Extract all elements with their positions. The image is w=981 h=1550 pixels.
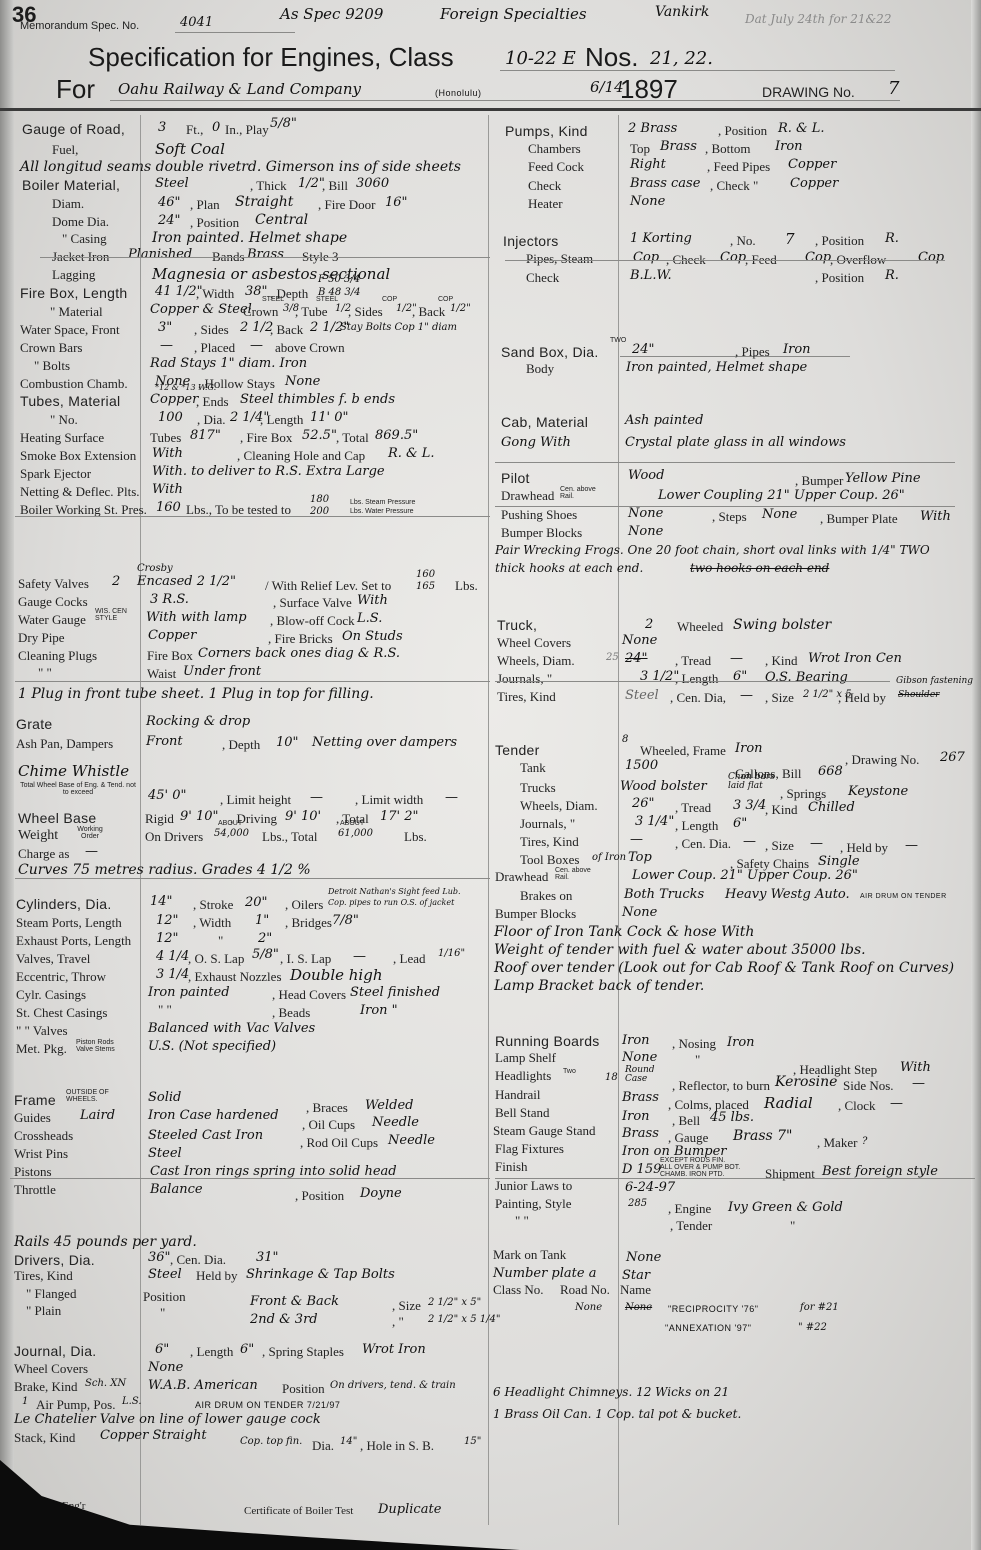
sand-box-value: 24"	[632, 342, 655, 357]
ash-depth-value: 10"	[276, 735, 299, 750]
grate-value: Rocking & drop	[146, 714, 250, 729]
truck-wheel-covers-label: Wheel Covers	[497, 635, 571, 651]
water-pressure-label: Lbs. Water Pressure	[350, 508, 414, 515]
relief-lever-label: / With Relief Lev. Set to	[265, 578, 391, 594]
limit-width-value: —	[445, 790, 458, 805]
bands-value: Brass	[247, 247, 284, 262]
tender-trucks-value: Wood bolster	[620, 779, 707, 794]
firebox-depth-front: F 50 3/4	[318, 274, 360, 285]
chambers-bottom-label: , Bottom	[705, 141, 751, 157]
road-no-label: Road No.	[560, 1282, 610, 1298]
bumper-label: , Bumper	[795, 473, 843, 489]
stack-kind-value: Copper Straight	[100, 1428, 207, 1443]
throttle-label: Throttle	[14, 1182, 56, 1198]
steps-label: , Steps	[712, 509, 747, 525]
braces-value: Welded	[365, 1098, 414, 1113]
steam-ports-label: Steam Ports, Length	[16, 915, 122, 931]
tires-held-value: Shrinkage & Tap Bolts	[246, 1267, 395, 1282]
painting-style-label: Painting, Style	[495, 1196, 572, 1212]
truck-wheels-label: Wheels, Diam.	[497, 653, 575, 669]
page-edge-right	[971, 0, 981, 1550]
tender-bumper-blocks-label: Bumper Blocks	[495, 906, 576, 922]
st-chest-valves-label: " " Valves	[16, 1023, 68, 1039]
drivers-wheel-covers-label: Wheel Covers	[14, 1361, 88, 1377]
engine-name-21-note: for #21	[800, 1302, 839, 1313]
bell-stand-value: Iron	[622, 1109, 650, 1124]
tender-drawhead-label: Drawhead	[495, 869, 548, 885]
lamp-shelf-ditto: "	[695, 1052, 700, 1068]
roof-note: Roof over tender (Look out for Cab Roof …	[494, 960, 954, 976]
feed-cock-value: Right	[630, 157, 666, 172]
journal-dia-value: 6"	[155, 1342, 169, 1357]
is-lap-value: —	[353, 949, 366, 964]
air-pump-label: Air Pump, Pos.	[36, 1397, 115, 1413]
tender-trucks-label: Trucks	[520, 780, 556, 796]
exhaust-ports-width: 2"	[258, 931, 272, 946]
finish-value: D 159	[622, 1162, 661, 1177]
diam-label: Diam.	[52, 196, 84, 212]
cylr-casings-label: Cylr. Casings	[16, 987, 86, 1003]
air-pump-position: L.S.	[122, 1396, 142, 1407]
check-ditto-label: , Check "	[710, 178, 758, 194]
weight-total-value: 61,000	[338, 828, 373, 839]
bell-label: , Bell	[672, 1113, 700, 1129]
safety-valves-count: 2	[112, 574, 120, 589]
heating-total-label: , Total	[336, 430, 369, 446]
bell-value: 45 lbs.	[710, 1110, 754, 1125]
bolts-value: Rad Stays 1" diam. Iron	[150, 356, 307, 371]
cab-material-label: Cab, Material	[501, 414, 588, 430]
crown-bars-label: Crown Bars	[20, 340, 82, 356]
stroke-value: 20"	[245, 895, 268, 910]
nos-label: Nos.	[585, 42, 638, 73]
floor-iron-note: Floor of Iron Tank Cock & hose With	[494, 924, 754, 940]
tender-cen-dia-label: , Cen. Dia.	[675, 836, 731, 852]
water-space-label: Water Space, Front	[20, 322, 120, 338]
wrecking-frogs-note: Pair Wrecking Frogs. One 20 foot chain, …	[495, 543, 930, 557]
side-nos-value: —	[912, 1076, 925, 1091]
tender-journals-value: 3 1/4"	[635, 814, 674, 829]
chambers-top-value: Brass	[660, 139, 697, 154]
boiler-material-label: Boiler Material,	[22, 177, 120, 193]
fire-bricks-value: On Studs	[342, 629, 403, 644]
headlights-label: Headlights	[495, 1068, 551, 1084]
throttle-position-value: Doyne	[360, 1186, 402, 1201]
tender-drawing-label: , Drawing No.	[845, 752, 919, 768]
steps-value: None	[762, 507, 797, 522]
shipment-label: Shipment	[765, 1166, 815, 1182]
casing-label: " Casing	[62, 231, 107, 247]
road-no-value: None	[575, 1302, 602, 1313]
gauge-ft-value: 3	[158, 120, 166, 135]
valves-travel-value: 4 1/4	[156, 949, 189, 964]
plain-size-ditto: , "	[392, 1314, 404, 1330]
injector-no-value: 7	[785, 230, 795, 248]
above-crown-label: above Crown	[275, 340, 345, 356]
weight-label: Weight	[18, 828, 58, 844]
tender-drawhead-note: Cen. above Rail.	[555, 867, 605, 881]
pistons-rule	[10, 1178, 490, 1179]
mark-on-tank-label: Mark on Tank	[493, 1247, 566, 1263]
crossheads-value: Steeled Cast Iron	[148, 1128, 263, 1143]
total-wheelbase-value: 45' 0"	[148, 788, 187, 803]
steam-ports-width-label: , Width	[193, 915, 231, 931]
st-chest-casings-label: St. Chest Casings	[16, 1005, 107, 1021]
tubes-gauge-note: *12 & *13 W.G.	[155, 383, 216, 392]
pump-check-value: Brass case	[630, 176, 700, 191]
mark-on-tank-value: None	[626, 1250, 661, 1265]
smoke-box-label: Smoke Box Extension	[20, 448, 136, 464]
spark-ejector-label: Spark Ejector	[20, 466, 91, 482]
water-sides-label: , Sides	[194, 322, 229, 338]
pumps-position-value: R. & L.	[778, 121, 825, 136]
limit-width-label: , Limit width	[355, 792, 423, 808]
limit-height-label: , Limit height	[220, 792, 291, 808]
engine-paint-value: Ivy Green & Gold	[728, 1200, 843, 1215]
cylr-casings-value: Iron painted	[148, 985, 230, 1000]
plugs-firebox-label: Fire Box	[147, 648, 193, 664]
brake-position-value: On drivers, tend. & train	[330, 1380, 456, 1391]
flanged-size-value: 2 1/2" x 5"	[428, 1297, 481, 1308]
os-lap-value: 5/8"	[252, 947, 279, 962]
guides-note: Laird	[80, 1108, 115, 1123]
injector-check-label: Check	[526, 270, 559, 286]
hole-sb-label: , Hole in S. B.	[360, 1438, 434, 1454]
tires-kind-label: Tires, Kind	[14, 1268, 73, 1284]
throttle-value: Balance	[150, 1182, 203, 1197]
tender-label: Tender	[495, 742, 540, 758]
bell-stand-label: Bell Stand	[495, 1105, 550, 1121]
truck-wheeled-value: Swing bolster	[733, 617, 831, 633]
eccentric-label: Eccentric, Throw	[16, 969, 106, 985]
os-bearing-note: O.S. Bearing	[765, 670, 848, 685]
running-boards-value: Iron	[622, 1033, 650, 1048]
title-underline	[500, 70, 895, 71]
exhaust-ports-value: 12"	[156, 931, 179, 946]
stack-dia-label: Dia.	[312, 1438, 334, 1454]
stroke-label: , Stroke	[193, 897, 233, 913]
netting-value: With	[152, 482, 183, 497]
customer-location: (Honolulu)	[435, 88, 482, 98]
tender-weight-note: Weight of tender with fuel & water about…	[494, 942, 866, 958]
rigid-value: 9' 10"	[180, 809, 219, 824]
cab-glass-value: Crystal plate glass in all windows	[625, 435, 846, 450]
heating-surface-label: Heating Surface	[20, 430, 104, 446]
working-order-note: Working Order	[70, 826, 110, 840]
drawhead-label: Drawhead	[501, 488, 554, 504]
gauge-value: Brass 7"	[733, 1128, 793, 1144]
steam-ports-width-value: 1"	[255, 913, 269, 928]
truck-journal-rule	[495, 681, 890, 682]
date-fraction: 6/14	[590, 78, 624, 96]
cleaning-hole-label: , Cleaning Hole and Cap	[237, 448, 365, 464]
tender-bill-value: 668	[818, 764, 843, 779]
journal-length-label: , Length	[190, 1344, 233, 1360]
tender-tread-label: , Tread	[675, 800, 711, 816]
boiler-test-label: Certificate of Boiler Test	[244, 1505, 353, 1517]
tender-tires-value: —	[630, 832, 643, 847]
cleaning-plugs-label: Cleaning Plugs	[18, 648, 97, 664]
truck-value: 2	[645, 617, 653, 632]
painting-ditto-label: " "	[515, 1213, 529, 1229]
tender-size-label: , Size	[765, 838, 794, 854]
truck-tread-label: , Tread	[675, 653, 711, 669]
truck-journals-label: Journals, "	[497, 671, 552, 687]
flag-fixtures-label: Flag Fixtures	[495, 1141, 564, 1157]
tender-drawing-value: 267	[940, 750, 965, 765]
handrail-value: Brass	[622, 1090, 659, 1105]
spring-staples-value: Wrot Iron	[362, 1342, 426, 1357]
tubes-ends-value: Steel thimbles f. b ends	[240, 392, 395, 407]
spark-ejector-value: With. to deliver to R.S. Extra Large	[152, 464, 385, 479]
drawhead-value: Lower Coupling 21" Upper Coup. 26"	[658, 488, 905, 503]
tender-frame-value: Iron	[735, 741, 763, 756]
steam-gauge-stand-label: Steam Gauge Stand	[493, 1123, 596, 1139]
for-label: For	[56, 74, 95, 105]
hooks-struck-note: two hooks on each end	[690, 561, 829, 575]
working-pressure-value: 160	[156, 500, 181, 515]
fire-door-value: 16"	[385, 195, 408, 210]
met-pkg-value: U.S. (Not specified)	[148, 1039, 276, 1054]
tires-held-label: Held by	[196, 1268, 238, 1284]
truck-cen-dia-label: , Cen. Dia,	[670, 690, 726, 706]
boiler-thick-value: 1/2"	[298, 176, 325, 191]
tubes-no-label: " No.	[50, 412, 78, 428]
on-drivers-value: 54,000	[214, 828, 249, 839]
frame-label: Frame	[14, 1092, 56, 1108]
bumper-value: Yellow Pine	[845, 471, 921, 486]
heating-tubes-value: 817"	[190, 428, 221, 443]
chatelier-note: Le Chatelier Valve on line of lower gaug…	[14, 1412, 321, 1427]
plain-size-value: 2 1/2" x 5 1/4"	[428, 1314, 500, 1325]
frame-note: OUTSIDE OF WHEELS.	[66, 1089, 126, 1103]
exhaust-ports-label: Exhaust Ports, Length	[16, 933, 131, 949]
limit-height-value: —	[310, 790, 323, 805]
tender-journal-length-value: 6"	[733, 816, 747, 831]
waist-rule	[15, 681, 490, 682]
plan-label: , Plan	[190, 197, 220, 213]
tender-journals-label: Journals, "	[520, 816, 575, 832]
tubes-ends-label: , Ends	[196, 394, 229, 410]
note-foreign-specialties: Foreign Specialties	[440, 5, 587, 23]
check-position-value: R.	[885, 268, 899, 283]
journal-dia-label: Journal, Dia.	[14, 1343, 97, 1359]
gong-note: Gong With	[501, 435, 571, 450]
st-chest-ditto: " "	[158, 1002, 172, 1018]
is-lap-label: , I. S. Lap	[280, 951, 331, 967]
maker-value: ?	[862, 1136, 867, 1147]
blowoff-cock-value: L.S.	[357, 611, 382, 626]
air-drum-note: AIR DRUM ON TENDER 7/21/97	[195, 1400, 340, 1410]
crown-bars-value: —	[160, 338, 173, 353]
braces-label: , Braces	[306, 1100, 348, 1116]
tender-kind-value: Chilled	[808, 800, 855, 815]
truck-journal-length-label: , Length	[675, 671, 718, 687]
heater-label: Heater	[528, 196, 563, 212]
truck-held-label: , Held by	[838, 690, 886, 706]
tubes-length-value: 11' 0"	[310, 410, 349, 425]
safety-valves-type: Encased 2 1/2"	[137, 574, 236, 589]
pilot-bumper-blocks-label: Bumper Blocks	[501, 525, 582, 541]
check-ditto-value: Copper	[790, 176, 838, 191]
note-date: Dat July 24th for 21&22	[745, 12, 891, 26]
boiler-material-value: Steel	[155, 176, 189, 191]
bridges-label: , Bridges	[285, 915, 332, 931]
number-plate-label: Number plate a	[493, 1266, 596, 1281]
stay-bolts-note: Stay Bolts Cop 1" diam	[340, 322, 457, 333]
drivers-cen-value: 31"	[256, 1250, 279, 1265]
water-space-front: 3"	[158, 320, 172, 335]
crossheads-label: Crossheads	[14, 1128, 73, 1144]
beads-value: Iron "	[360, 1003, 398, 1018]
curves-note: Curves 75 metres radius. Grades 4 1/2 %	[18, 862, 311, 878]
check-position-label: , Position	[815, 270, 864, 286]
head-covers-value: Steel finished	[350, 985, 440, 1000]
plugs-ditto-label: " "	[38, 665, 52, 681]
overflow-value: Cop	[918, 250, 944, 265]
oil-cups-value: Needle	[372, 1115, 419, 1130]
sand-pipes-label: , Pipes	[735, 344, 770, 360]
tender-cen-dia-value: —	[743, 834, 756, 849]
plain-position-value: 2nd & 3rd	[250, 1312, 318, 1327]
finish-note-3: CHAMB. IRON PTD.	[660, 1171, 725, 1178]
truck-kind-label: , Kind	[765, 653, 798, 669]
junior-laws-label: Junior Laws to	[495, 1178, 572, 1194]
flanged-label: " Flanged	[26, 1286, 76, 1302]
heating-firebox-label: , Fire Box	[240, 430, 292, 446]
firebox-material-value: Copper & Steel	[150, 302, 252, 317]
firebox-length-label: Fire Box, Length	[20, 285, 128, 301]
tubes-material-label: Tubes, Material	[20, 393, 120, 409]
tank-label: Tank	[520, 760, 546, 776]
drivers-cen-label: , Cen. Dia.	[170, 1252, 226, 1268]
crown-label: Crown	[243, 304, 278, 320]
beads-label: , Beads	[272, 1005, 310, 1021]
met-pkg-label: Met. Pkg.	[16, 1041, 67, 1057]
smoke-box-value: With	[152, 446, 183, 461]
injector-position-value: R.	[885, 231, 899, 246]
seams-note: All longitud seams double rivetrd. Gimer…	[20, 159, 461, 175]
clock-value: —	[890, 1096, 903, 1111]
brake-note: Sch. XN	[85, 1378, 126, 1389]
lagging-label: Lagging	[52, 267, 95, 283]
hollow-stays-value: None	[285, 374, 320, 389]
finish-label: Finish	[495, 1159, 528, 1175]
throttle-position-label: , Position	[295, 1188, 344, 1204]
surface-valve-label: , Surface Valve	[273, 595, 352, 611]
rails-note: Rails 45 pounds per yard.	[14, 1234, 197, 1250]
casing-value: Iron painted. Helmet shape	[152, 230, 347, 246]
exhaust-nozzles-label: , Exhaust Nozzles	[188, 969, 282, 985]
pipes-check-value: Cop	[720, 250, 746, 265]
bridges-value: 7/8"	[332, 913, 359, 928]
memo-spec-label: Memorandum Spec. No.	[20, 20, 139, 32]
waist-label: Waist	[147, 666, 176, 682]
cylinders-label: Cylinders, Dia.	[16, 896, 112, 912]
oil-can-note: 1 Brass Oil Can. 1 Cop. tal pot & bucket…	[493, 1407, 741, 1421]
brakes-on-value: Both Trucks	[624, 887, 704, 902]
tool-boxes-value: Top	[628, 850, 652, 865]
name-label: Name	[620, 1282, 651, 1298]
water-gauge-note: WIS. CEN STYLE	[95, 608, 139, 622]
air-pump-count: 1	[22, 1396, 28, 1407]
headlights-count-note: Two	[563, 1068, 576, 1075]
truck-label: Truck,	[497, 617, 537, 633]
pilot-label: Pilot	[501, 470, 530, 486]
truck-tread-value: —	[730, 651, 743, 666]
stack-kind-label: Stack, Kind	[14, 1430, 75, 1446]
maker-label: , Maker	[817, 1135, 857, 1151]
headlight-step-value: With	[900, 1060, 931, 1075]
brake-kind-value: W.A.B. American	[148, 1378, 258, 1393]
crown-note: STEEL	[262, 296, 284, 303]
drawhead-note: Cen. above Rail.	[560, 486, 610, 500]
combustion-label: Combustion Chamb.	[20, 376, 128, 392]
injector-check-value: B.L.W.	[630, 268, 672, 283]
dome-position-label: , Position	[190, 215, 239, 231]
guides-label: Guides	[14, 1110, 51, 1126]
nosing-value: Iron	[727, 1035, 755, 1050]
sand-box-note: TWO	[610, 337, 626, 344]
ash-pan-value: Front	[146, 734, 183, 749]
engine-name-21: "RECIPROCITY '76"	[668, 1304, 758, 1314]
ash-depth-label: , Depth	[222, 737, 260, 753]
waist-value: Under front	[183, 664, 261, 679]
truck-held-struck: Shoulder	[898, 690, 939, 700]
boiler-bill-label: , Bill	[322, 178, 348, 194]
pipes-steam-value: Cop	[633, 250, 659, 265]
spec-sheet-page: 36 Memorandum Spec. No. 4041 As Spec 920…	[0, 0, 981, 1550]
heater-value: None	[630, 194, 665, 209]
gauge-play-value: 5/8"	[270, 116, 297, 131]
pushing-shoes-label: Pushing Shoes	[501, 507, 577, 523]
injectors-label: Injectors	[503, 233, 559, 249]
stack-top-note: Cop. top fin.	[240, 1436, 302, 1447]
water-gauge-label: Water Gauge	[18, 612, 86, 628]
about-note-2: ABOUT	[340, 820, 364, 827]
rod-oil-cups-value: Needle	[388, 1133, 435, 1148]
exhaust-nozzles-value: Double high	[290, 966, 382, 984]
tender-journal-length-label: , Length	[675, 818, 718, 834]
diam-value: 46"	[158, 195, 181, 210]
oilers-label: , Oilers	[285, 897, 323, 913]
drivers-dia-value: 36"	[148, 1250, 171, 1265]
jacket-iron-value: Planished	[128, 247, 192, 262]
set-to-value-2: 165	[416, 581, 435, 592]
plain-label: " Plain	[26, 1303, 61, 1319]
wheelbase-total-value: 17' 2"	[380, 809, 419, 824]
truck-tires-label: Tires, Kind	[497, 689, 556, 705]
lamp-bracket-note: Lamp Bracket back of tender.	[494, 978, 704, 994]
headlights-size: 18	[605, 1072, 618, 1083]
sides-note: COP	[382, 296, 397, 303]
driving-value: 9' 10'	[285, 809, 321, 824]
header-divider	[0, 108, 981, 111]
number-plate-value: Star	[622, 1268, 650, 1283]
tubes-length-label: , Length	[260, 412, 303, 428]
truck-wheel-covers-value: None	[622, 633, 657, 648]
tender-tires-label: Tires, Kind	[520, 834, 579, 850]
ash-pan-label: Ash Pan, Dampers	[16, 736, 113, 752]
tender-bumper-blocks-value: None	[622, 905, 657, 920]
heating-tubes-label: Tubes	[150, 430, 181, 446]
page-edge-left	[0, 0, 14, 1550]
name-struck-value: None	[625, 1302, 652, 1313]
boiler-test-value: Duplicate	[378, 1502, 441, 1517]
chambers-bottom-value: Iron	[775, 139, 803, 154]
tender-held-value: —	[905, 838, 918, 853]
tube-note: STEEL	[316, 296, 338, 303]
